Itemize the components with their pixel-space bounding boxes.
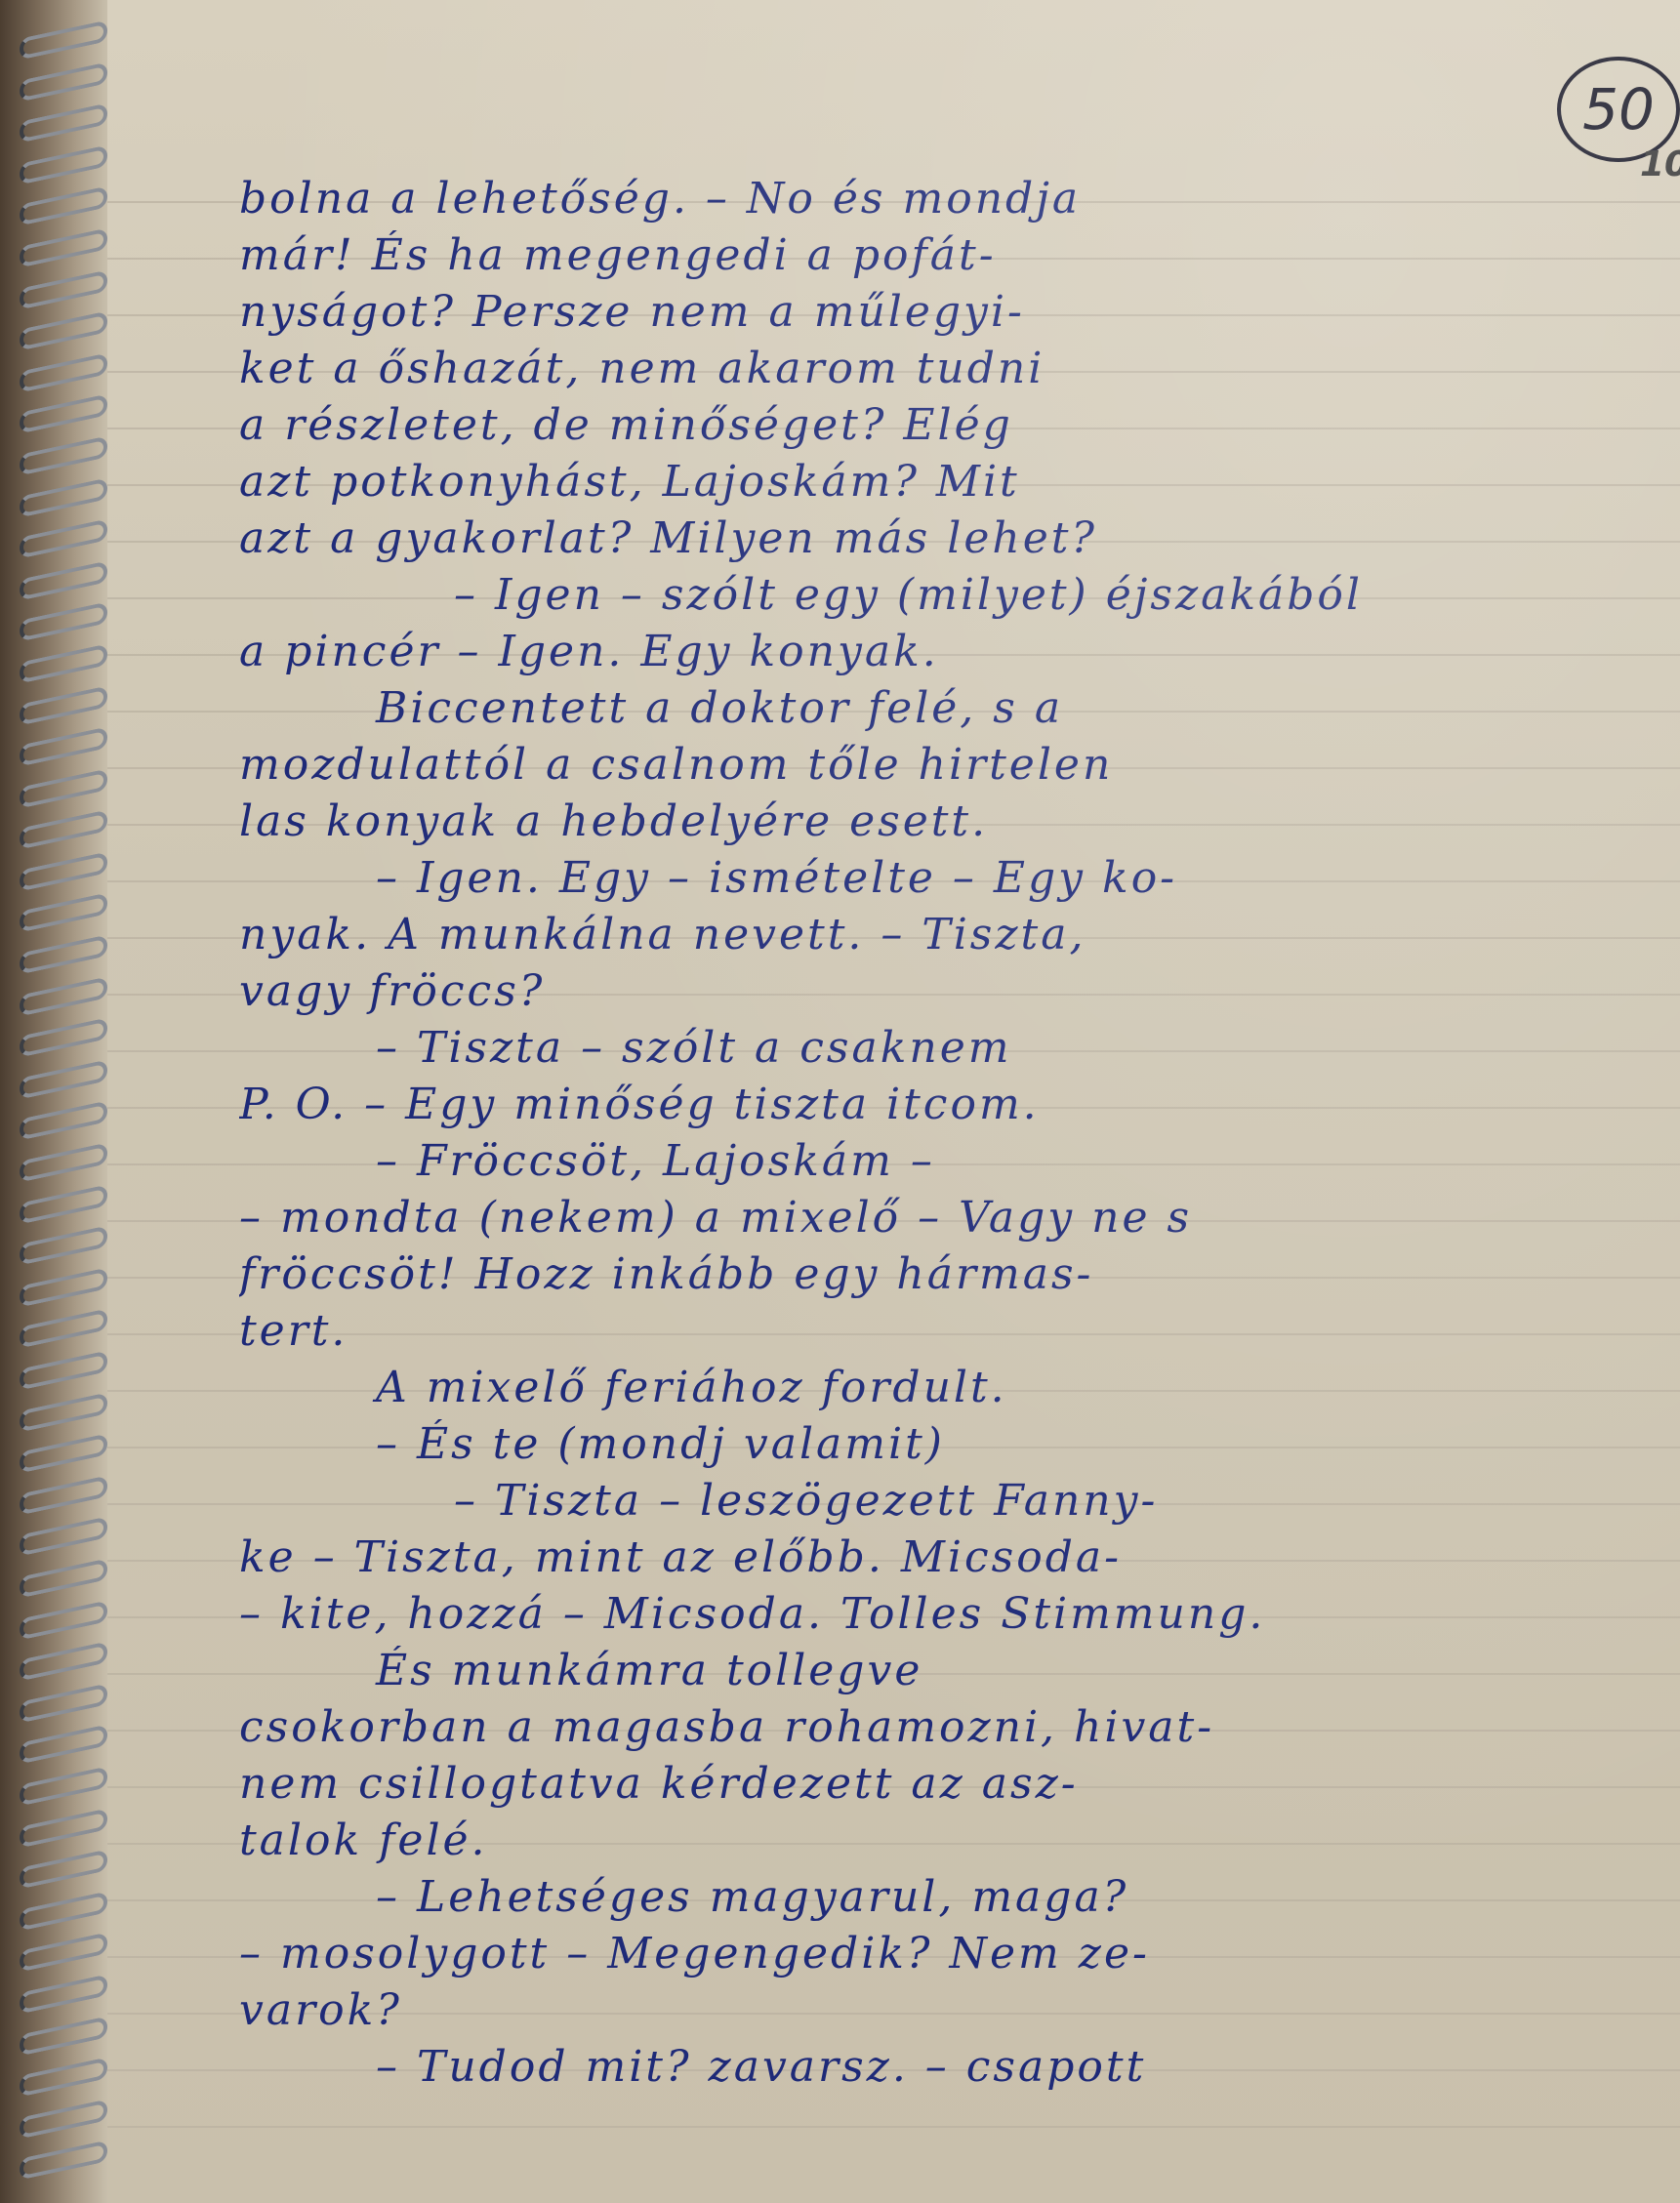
spiral-ring-icon — [20, 144, 107, 184]
text-line: Biccentett a doktor felé, s a — [239, 683, 1664, 740]
spiral-ring-icon — [20, 1475, 107, 1515]
handwritten-text: bolna a lehetőség. – No és mondja már! É… — [239, 174, 1664, 2099]
spiral-ring-icon — [20, 269, 107, 309]
text-line: – Tiszta – szólt a csaknem — [239, 1023, 1664, 1080]
text-line: csokorban a magasba rohamozni, hivat- — [239, 1702, 1664, 1759]
text-line: nyak. A munkálna nevett. – Tiszta, — [239, 910, 1664, 966]
spiral-ring-icon — [20, 1725, 107, 1765]
spiral-ring-icon — [20, 2058, 107, 2098]
text-line: – Igen. Egy – ismételte – Egy ko- — [239, 853, 1664, 910]
spiral-ring-icon — [20, 186, 107, 226]
spiral-ring-icon — [20, 1018, 107, 1058]
text-line: – Tiszta – leszögezett Fanny- — [239, 1476, 1664, 1532]
spiral-ring-icon — [20, 352, 107, 392]
text-line: a pincér – Igen. Egy konyak. — [239, 627, 1664, 683]
spiral-ring-icon — [20, 1350, 107, 1390]
text-line: – mosolygott – Megengedik? Nem ze- — [239, 1929, 1664, 1985]
spiral-ring-icon — [20, 1766, 107, 1806]
spiral-ring-icon — [20, 1558, 107, 1598]
text-line: tert. — [239, 1306, 1664, 1363]
spiral-ring-icon — [20, 643, 107, 683]
spiral-ring-icon — [20, 1392, 107, 1432]
spiral-ring-icon — [20, 1683, 107, 1723]
spiral-ring-icon — [20, 2141, 107, 2181]
spiral-ring-icon — [20, 893, 107, 933]
text-line: A mixelő feriához fordult. — [239, 1363, 1664, 1419]
spiral-binding — [20, 29, 137, 2191]
spiral-ring-icon — [20, 2099, 107, 2139]
text-line: ket a őshazát, nem akarom tudni — [239, 344, 1664, 400]
spiral-ring-icon — [20, 1142, 107, 1182]
text-line: ke – Tiszta, mint az előbb. Micsoda- — [239, 1532, 1664, 1589]
spiral-ring-icon — [20, 311, 107, 351]
spiral-ring-icon — [20, 1808, 107, 1848]
text-line: vagy fröccs? — [239, 966, 1664, 1023]
spiral-ring-icon — [20, 1517, 107, 1557]
text-line: fröccsöt! Hozz inkább egy hármas- — [239, 1249, 1664, 1306]
text-line: azt a gyakorlat? Milyen más lehet? — [239, 513, 1664, 570]
spiral-ring-icon — [20, 519, 107, 559]
spiral-ring-icon — [20, 1600, 107, 1640]
spiral-ring-icon — [20, 394, 107, 434]
spiral-ring-icon — [20, 1184, 107, 1224]
spiral-ring-icon — [20, 1891, 107, 1931]
spiral-ring-icon — [20, 1059, 107, 1099]
text-line: mozdulattól a csalnom tőle hirtelen — [239, 740, 1664, 796]
text-line: – Igen – szólt egy (milyet) éjszakából — [239, 570, 1664, 627]
spiral-ring-icon — [20, 1309, 107, 1349]
text-line: a részletet, de minőséget? Elég — [239, 400, 1664, 457]
spiral-ring-icon — [20, 1850, 107, 1890]
spiral-ring-icon — [20, 727, 107, 767]
text-line: – És te (mondj valamit) — [239, 1419, 1664, 1476]
spiral-ring-icon — [20, 1642, 107, 1682]
text-line: las konyak a hebdelyére esett. — [239, 796, 1664, 853]
spiral-ring-icon — [20, 1434, 107, 1474]
spiral-ring-icon — [20, 1974, 107, 2014]
spiral-ring-icon — [20, 851, 107, 891]
text-line: nem csillogtatva kérdezett az asz- — [239, 1759, 1664, 1815]
text-line: És munkámra tollegve — [239, 1646, 1664, 1702]
text-line: azt potkonyhást, Lajoskám? Mit — [239, 457, 1664, 513]
text-line: – Tudod mit? zavarsz. – csapott — [239, 2042, 1664, 2099]
text-line: talok felé. — [239, 1815, 1664, 1872]
text-line: – kite, hozzá – Micsoda. Tolles Stimmung… — [239, 1589, 1664, 1646]
notebook-page: 50 101 bolna a lehetőség. – No és mondja… — [39, 0, 1680, 2203]
text-line: varok? — [239, 1985, 1664, 2042]
text-line: – mondta (nekem) a mixelő – Vagy ne s — [239, 1193, 1664, 1249]
spiral-ring-icon — [20, 685, 107, 725]
spiral-ring-icon — [20, 435, 107, 475]
spiral-ring-icon — [20, 1267, 107, 1307]
spiral-ring-icon — [20, 2016, 107, 2056]
text-line: – Fröccsöt, Lajoskám – — [239, 1136, 1664, 1193]
text-line: – Lehetséges magyarul, maga? — [239, 1872, 1664, 1929]
spiral-ring-icon — [20, 1226, 107, 1266]
spiral-ring-icon — [20, 768, 107, 808]
spiral-ring-icon — [20, 976, 107, 1016]
spiral-ring-icon — [20, 560, 107, 600]
spiral-ring-icon — [20, 810, 107, 850]
spiral-ring-icon — [20, 61, 107, 102]
spiral-ring-icon — [20, 1101, 107, 1141]
spiral-ring-icon — [20, 227, 107, 267]
spiral-ring-icon — [20, 103, 107, 143]
spiral-ring-icon — [20, 477, 107, 517]
spiral-ring-icon — [20, 602, 107, 642]
spiral-ring-icon — [20, 934, 107, 974]
text-line: nyságot? Persze nem a műlegyi- — [239, 287, 1664, 344]
text-line: P. O. – Egy minőség tiszta itcom. — [239, 1080, 1664, 1136]
spiral-ring-icon — [20, 1933, 107, 1973]
text-line: bolna a lehetőség. – No és mondja — [239, 174, 1664, 230]
text-line: már! És ha megengedi a pofát- — [239, 230, 1664, 287]
